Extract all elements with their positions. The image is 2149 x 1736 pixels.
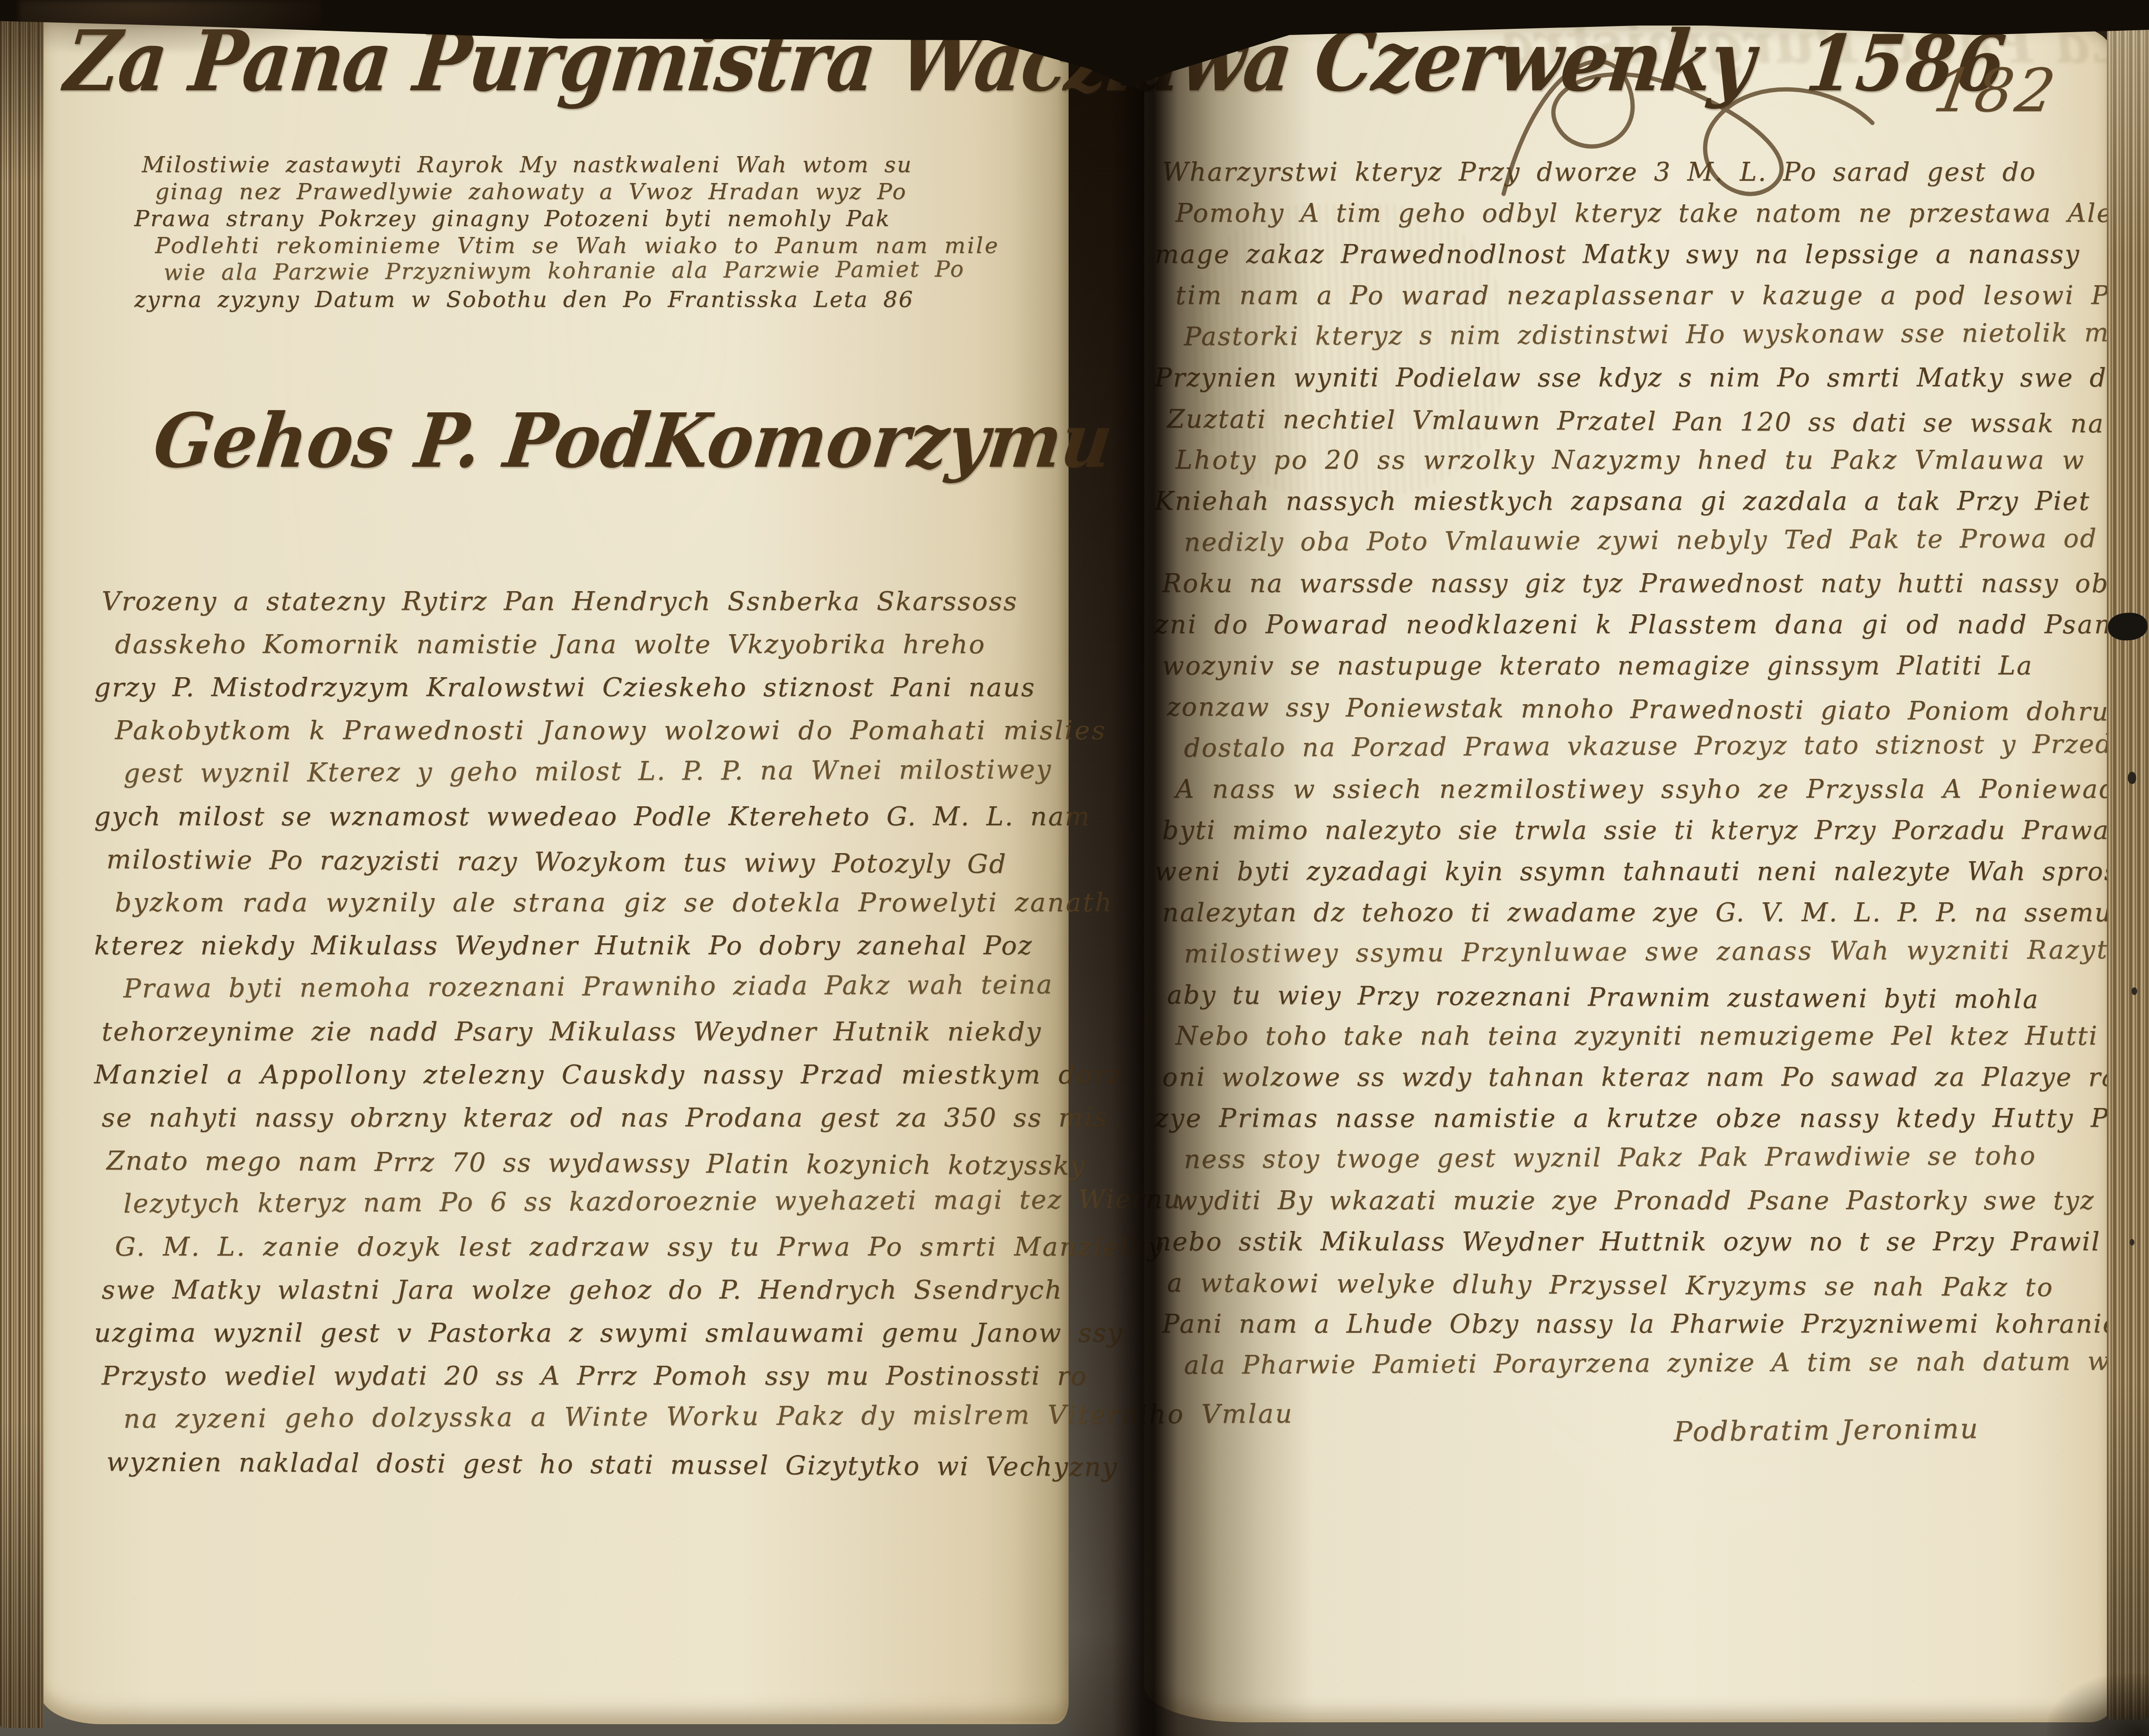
manuscript-line: tim nam a Po warad nezaplassenar v kazug… [1175, 275, 2149, 316]
page-heading: Za Pana Purgmistra Waczlawa Czerwenky158… [61, 12, 2012, 110]
manuscript-line: Przynien wyniti Podielaw sse kdyz s nim … [1155, 357, 2149, 398]
manuscript-line: Lhoty po 20 ss wrzolky Nazyzmy hned tu P… [1175, 439, 2149, 480]
manuscript-line: byti mimo nalezyto sie trwla ssie ti kte… [1162, 810, 2149, 851]
manuscript-line: Prawa strany Pokrzey ginagny Potozeni by… [134, 205, 1000, 232]
manuscript-line: nebo sstik Mikulass Weydner Huttnik ozyw… [1155, 1221, 2149, 1262]
manuscript-line: aby tu wiey Przy rozeznani Prawnim zusta… [1167, 974, 2149, 1021]
manuscript-line: Pomohy A tim geho odbyl kteryz take nato… [1175, 192, 2149, 234]
manuscript-line: zni do Powarad neodklazeni k Plasstem da… [1155, 604, 2149, 645]
manuscript-line: tehorzeynime zie nadd Psary Mikulass Wey… [102, 1010, 1294, 1053]
manuscript-line: gest wyznil Kterez y geho milost L. P. P… [123, 747, 1294, 795]
fore-edge-ink-dot [2130, 1239, 2134, 1246]
manuscript-line: kterez niekdy Mikulass Weydner Hutnik Po… [94, 924, 1294, 967]
manuscript-line: Nebo toho take nah teina zyzyniti nemuzi… [1175, 1015, 2149, 1056]
manuscript-line: Milostiwie zastawyti Rayrok My nastkwale… [142, 151, 1000, 178]
manuscript-line: Pakobytkom k Prawednosti Janowy wolzowi … [115, 709, 1294, 752]
manuscript-line: Przysto wediel wydati 20 ss A Prrz Pomoh… [102, 1354, 1294, 1397]
right-fore-edge-page-stack [2107, 19, 2149, 1719]
manuscript-line: Wharzyrstwi kteryz Przy dworze 3 M. L. P… [1162, 151, 2149, 192]
manuscript-line: uzgima wyznil gest v Pastorka z swymi sm… [94, 1311, 1294, 1354]
manuscript-line: wyditi By wkazati muzie zye Pronadd Psan… [1175, 1180, 2149, 1221]
folio-number: 182 [1929, 56, 2062, 125]
manuscript-line: wozyniv se nastupuge kterato nemagize gi… [1162, 645, 2149, 686]
manuscript-line: milostiwey ssymu Przynluwae swe zanass W… [1184, 928, 2149, 974]
manuscript-line: byzkom rada wyznily ale strana giz se do… [115, 881, 1294, 924]
manuscript-line: Kniehah nassych miestkych zapsana gi zaz… [1155, 480, 2149, 522]
manuscript-line: na zyzeni geho dolzysska a Winte Worku P… [123, 1392, 1294, 1440]
left-fore-edge-page-stack [0, 12, 44, 1728]
manuscript-line: A nass w ssiech nezmilostiwey ssyho ze P… [1175, 768, 2149, 810]
left-page-body-paragraph: Vrozeny a statezny Rytirz Pan Hendrych S… [102, 580, 1294, 1483]
left-page-intro-paragraph: Milostiwie zastawyti Rayrok My nastkwale… [142, 151, 1000, 313]
manuscript-line: ness stoy twoge gest wyznil Pakz Pak Pra… [1184, 1134, 2149, 1180]
manuscript-line: ginag nez Prawedlywie zahowaty a Vwoz Hr… [155, 178, 1000, 205]
manuscript-line: ala Pharwie Pamieti Porayrzena zynize A … [1184, 1340, 2149, 1386]
fore-edge-ink-dot [2132, 987, 2137, 995]
manuscript-line: zyrna zyzyny Datum w Sobothu den Po Fran… [134, 286, 1000, 313]
manuscript-line: Prawa byti nemoha rozeznani Prawniho zia… [123, 962, 1294, 1010]
manuscript-line: weni byti zyzadagi kyin ssymn tahnauti n… [1155, 851, 2149, 892]
section-subheading: Gehos P. PodKomorzymu [149, 397, 1117, 485]
manuscript-line: nedizly oba Poto Vmlauwie zywi nebyly Te… [1184, 517, 2149, 563]
manuscript-line: milostiwie Po razyzisti razy Wozykom tus… [106, 838, 1294, 887]
manuscript-line: wie ala Parzwie Przyzniwym kohranie ala … [164, 255, 1000, 286]
manuscript-line: a wtakowi welyke dluhy Przyssel Kryzyms … [1167, 1262, 2149, 1309]
manuscript-line: grzy P. Mistodrzyzym Kralowstwi Czieskeh… [94, 666, 1294, 709]
manuscript-line: gych milost se wznamost wwedeao Podle Kt… [94, 795, 1294, 838]
manuscript-line: Zuztati nechtiel Vmlauwn Przatel Pan 120… [1167, 398, 2149, 445]
manuscript-line: Podlehti rekominieme Vtim se Wah wiako t… [155, 232, 1000, 259]
manuscript-line: se nahyti nassy obrzny kteraz od nas Pro… [102, 1096, 1294, 1139]
heading-title: Za Pana Purgmistra Waczlawa Czerwenky [61, 12, 1758, 110]
scribe-signature: Podbratim Jeronimu [1674, 1413, 1980, 1448]
manuscript-line: nalezytan dz tehozo ti zwadame zye G. V.… [1162, 892, 2149, 933]
manuscript-line: dasskeho Komornik namistie Jana wolte Vk… [115, 623, 1294, 666]
open-manuscript-book-photo: Za Pana Purgmistra Za Pana Purgmistra Wa… [0, 0, 2149, 1736]
manuscript-line: swe Matky wlastni Jara wolze gehoz do P.… [102, 1268, 1294, 1311]
manuscript-line: wyznien nakladal dosti gest ho stati mus… [106, 1440, 1294, 1490]
right-page-body-paragraph: Wharzyrstwi kteryz Przy dworze 3 M. L. P… [1162, 151, 2149, 1386]
manuscript-line: Roku na warssde nassy giz tyz Prawednost… [1162, 563, 2149, 604]
manuscript-line: Vrozeny a statezny Rytirz Pan Hendrych S… [102, 580, 1294, 623]
manuscript-line: Pastorki kteryz s nim zdistinstwi Ho wys… [1184, 311, 2149, 357]
manuscript-line: oni wolzowe ss wzdy tahnan kteraz nam Po… [1162, 1056, 2149, 1098]
manuscript-line: dostalo na Porzad Prawa vkazuse Prozyz t… [1184, 723, 2149, 768]
manuscript-line: mage zakaz Prawednodlnost Matky swy na l… [1155, 234, 2149, 275]
manuscript-line: G. M. L. zanie dozyk lest zadrzaw ssy tu… [115, 1225, 1294, 1268]
manuscript-line: lezytych kteryz nam Po 6 ss kazdoroeznie… [123, 1177, 1294, 1225]
fore-edge-ink-dot [2128, 772, 2136, 784]
manuscript-line: Pani nam a Lhude Obzy nassy la Pharwie P… [1162, 1303, 2149, 1344]
manuscript-line: zye Primas nasse namistie a krutze obze … [1155, 1098, 2149, 1139]
manuscript-line: Manziel a Appollony ztelezny Causkdy nas… [94, 1053, 1294, 1096]
